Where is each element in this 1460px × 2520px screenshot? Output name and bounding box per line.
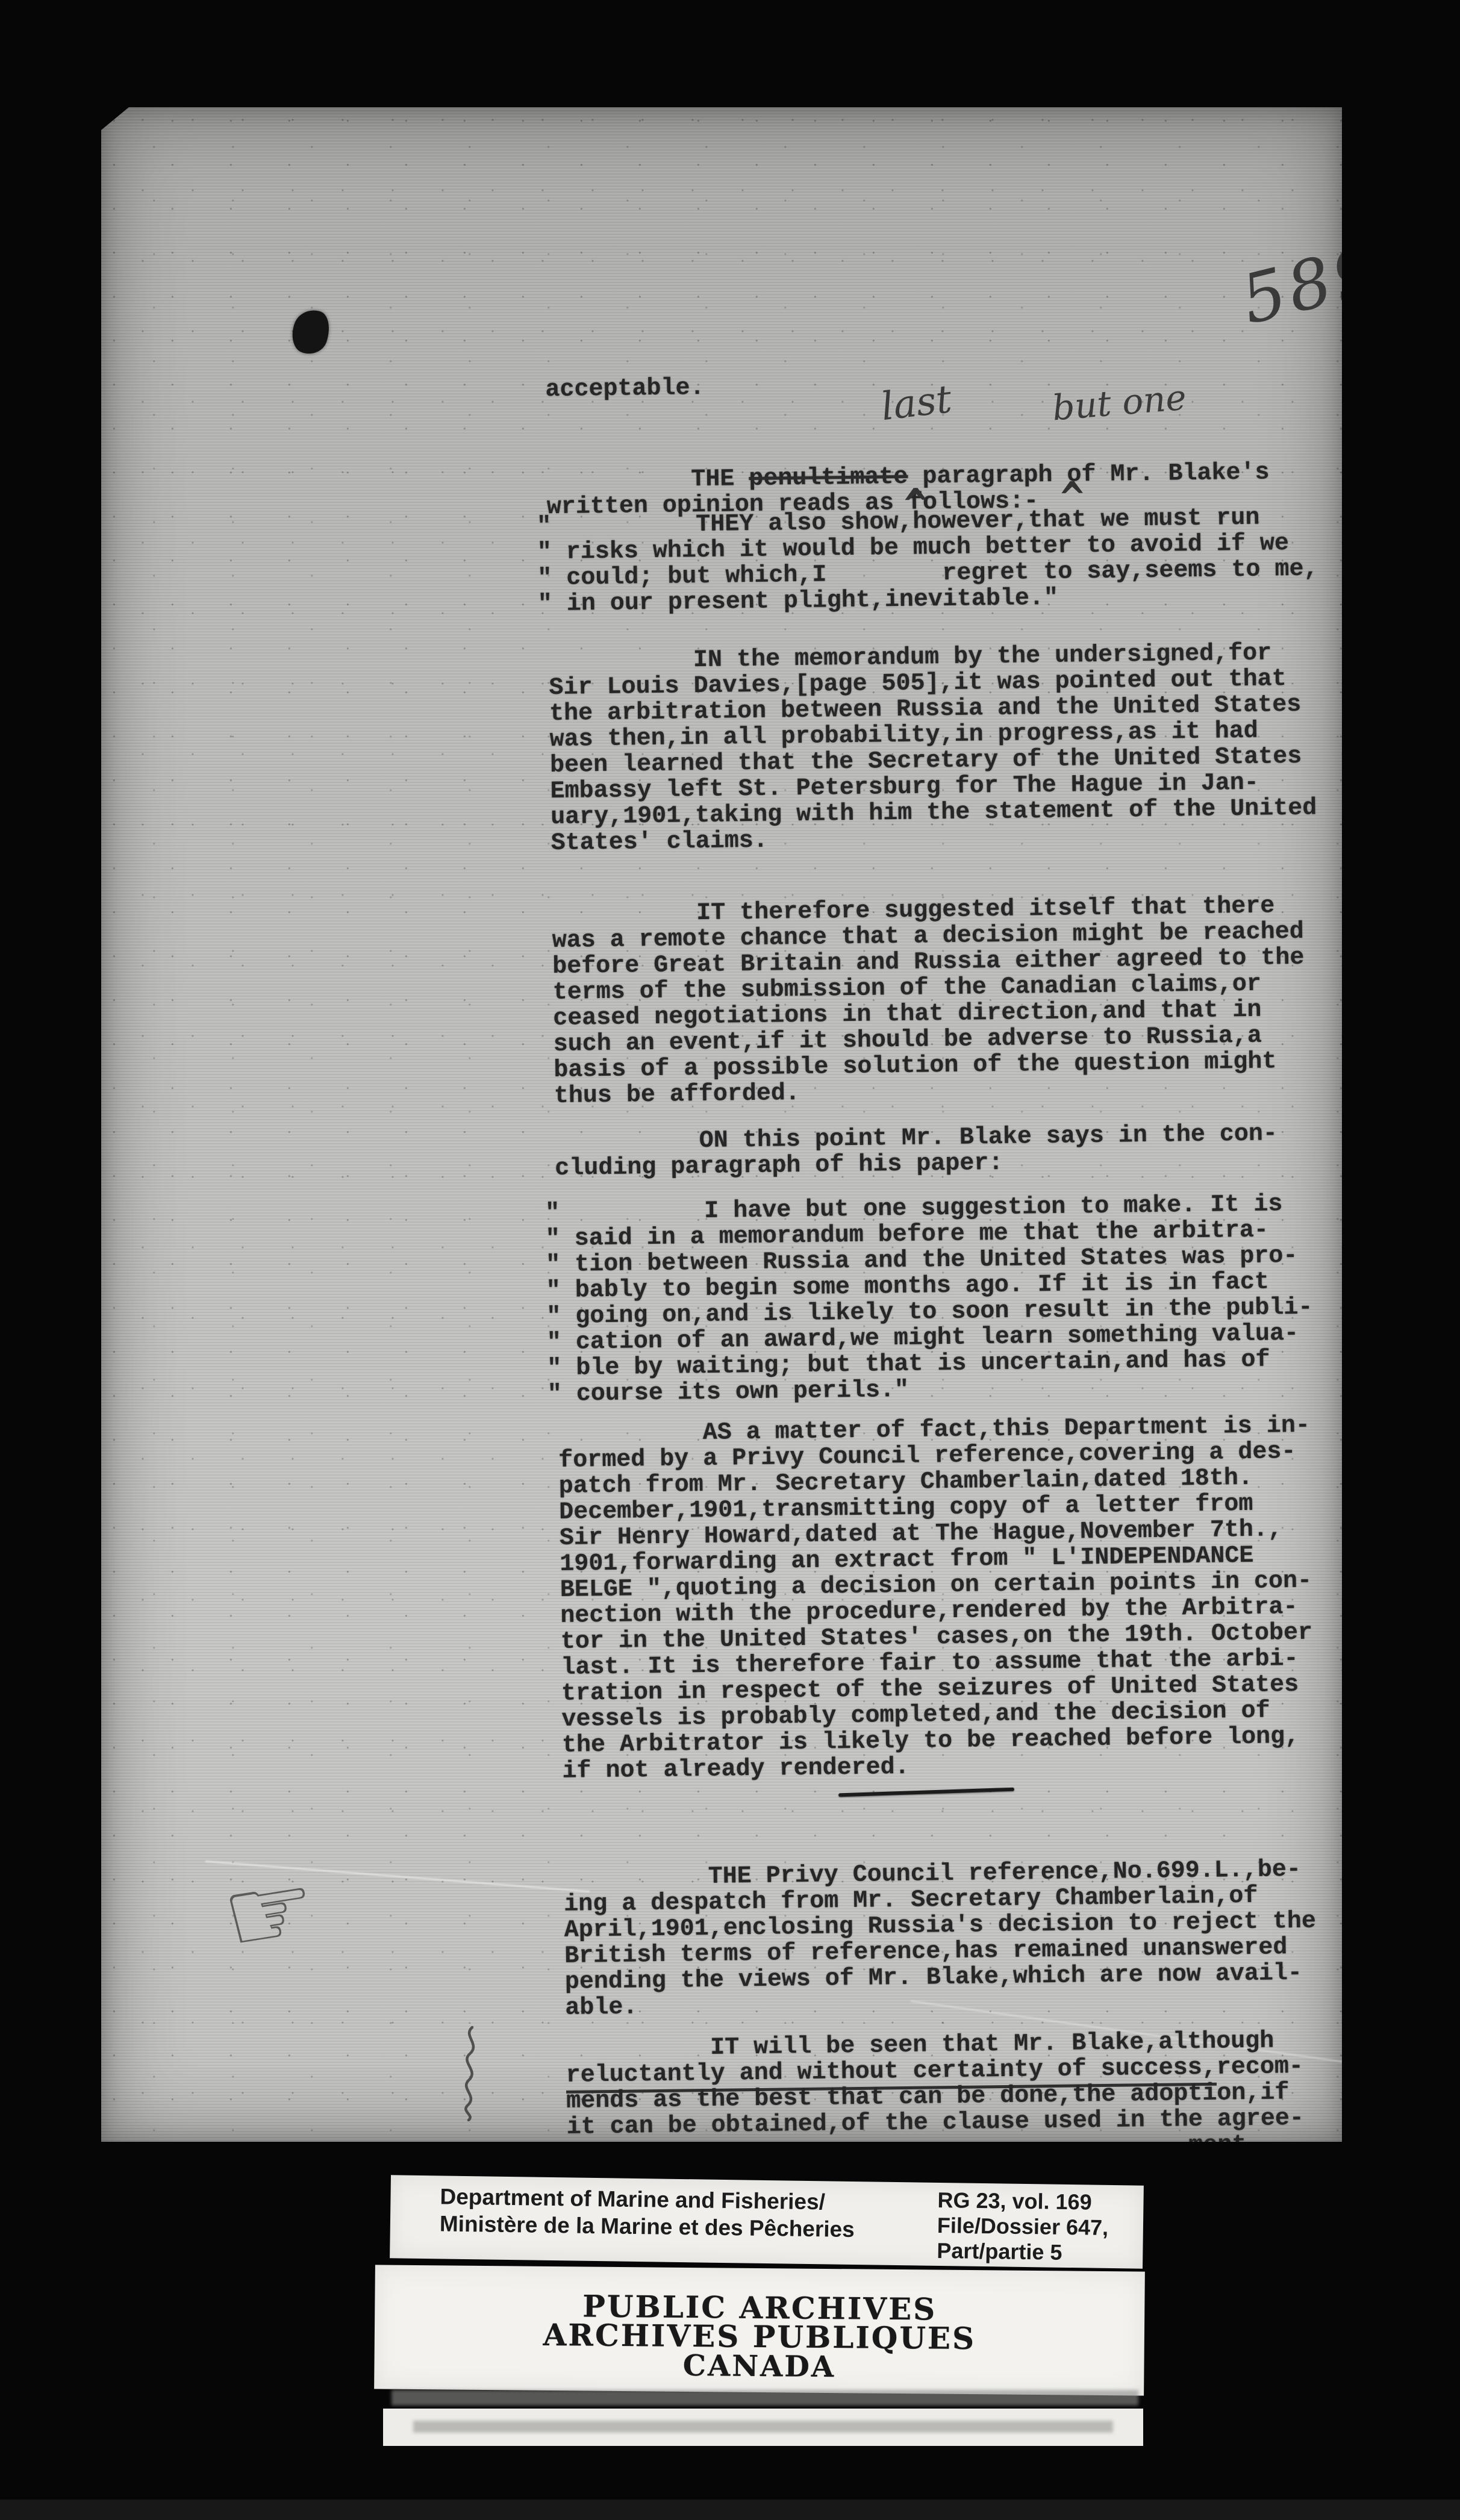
pointing-hand-icon: ☞ — [216, 1854, 323, 1971]
paragraph-acceptable: acceptable. — [545, 375, 705, 403]
microfilm-scan: { "annotations": { "page_number": "589",… — [0, 0, 1460, 2520]
department-label: Department of Marine and Fisheries/ Mini… — [440, 2183, 855, 2243]
paragraph-it-will-be-seen: IT will be seen that Mr. Blake,although … — [566, 2028, 1305, 2166]
margin-squiggle-mark — [458, 2025, 484, 2121]
document-page: 589 acceptable. THE penultimate paragrap… — [101, 107, 1342, 2142]
record-group-label: RG 23, vol. 169 File/Dossier 647, Part/p… — [937, 2188, 1109, 2266]
blockquote-one-suggestion: " I have but one suggestion to make. It … — [545, 1191, 1314, 1408]
file-dossier-line: File/Dossier 647, — [937, 2213, 1109, 2241]
paragraph-the-opening: THE — [546, 466, 749, 495]
stamp-line-canada: CANADA — [374, 2348, 1144, 2384]
department-line-fr: Ministère de la Marine et des Pêcheries — [440, 2210, 855, 2243]
handwritten-insertion-last: last — [879, 377, 954, 429]
film-edge-band — [0, 2500, 1460, 2520]
paragraph-it-therefore: IT therefore suggested itself that there… — [552, 893, 1306, 1109]
film-strip — [383, 2409, 1143, 2446]
archive-label-card: Department of Marine and Fisheries/ Mini… — [390, 2175, 1144, 2268]
handwritten-insertion-but-one: but one — [1050, 376, 1188, 428]
paragraph-in-the-memorandum: IN the memorandum by the undersigned,for… — [549, 640, 1317, 857]
smudge-band — [392, 2390, 1138, 2406]
part-partie-line: Part/partie 5 — [937, 2238, 1108, 2266]
struck-word-penultimate: penultimate — [749, 464, 908, 493]
strip-smudge — [413, 2421, 1112, 2433]
paragraph-as-a-matter-of-fact: AS a matter of fact,this Department is i… — [558, 1413, 1314, 1785]
blockquote-they-also-show: " THEY also show,however,that we must ru… — [537, 504, 1318, 617]
section-divider-rule — [838, 1788, 1014, 1797]
rg-volume-line: RG 23, vol. 169 — [937, 2188, 1109, 2215]
typed-text-layer: acceptable. THE penultimate paragraph of… — [87, 98, 1353, 2147]
paragraph-privy-council: THE Privy Council reference,No.699.L.,be… — [563, 1857, 1317, 2021]
public-archives-stamp: PUBLIC ARCHIVES ARCHIVES PUBLIQUES CANAD… — [374, 2265, 1145, 2395]
paragraph-on-this-point: ON this point Mr. Blake says in the con-… — [555, 1121, 1278, 1182]
